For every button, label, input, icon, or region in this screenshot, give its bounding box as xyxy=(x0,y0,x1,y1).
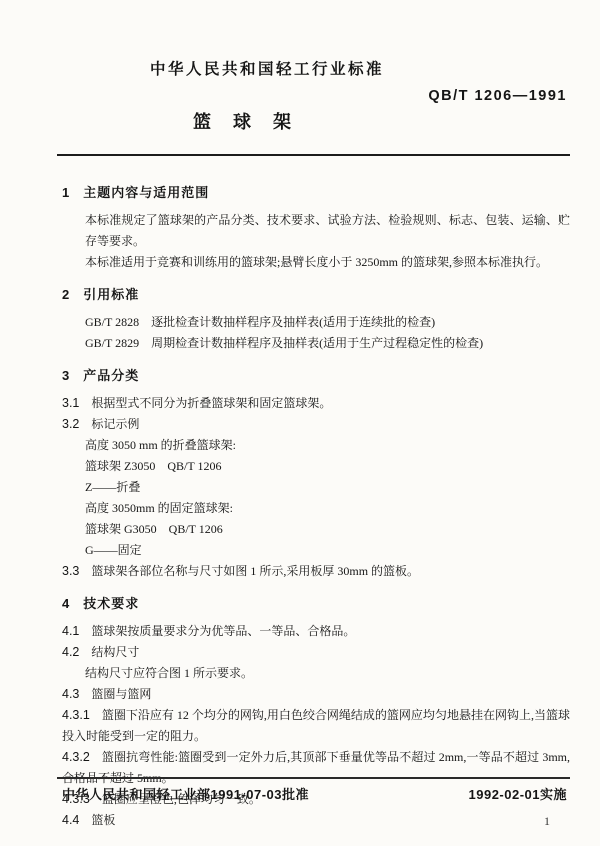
standard-code: QB/T 1206—1991 xyxy=(428,88,567,104)
paragraph-text: 本标准适用于竞赛和训练用的篮球架;悬臂长度小于 3250mm 的篮球架,参照本标… xyxy=(85,255,548,269)
paragraph-text: 本标准规定了篮球架的产品分类、技术要求、试验方法、检验规则、标志、包装、运输、贮… xyxy=(85,213,570,248)
section-heading-4: 4技术要求 xyxy=(62,593,570,614)
section-number: 1 xyxy=(62,185,69,200)
subsection-4-1: 4.1篮球架按质量要求分为优等品、一等品、合格品。 xyxy=(62,621,570,642)
subsection-4-4: 4.4篮板 xyxy=(62,810,570,831)
subsection-number: 3.2 xyxy=(62,417,79,431)
subsection-number: 4.4 xyxy=(62,813,79,827)
subsection-number: 3.3 xyxy=(62,564,79,578)
section-heading-1: 1主题内容与适用范围 xyxy=(62,182,570,203)
subsection-3-2: 3.2标记示例 xyxy=(62,414,570,435)
example-line: G——固定 xyxy=(62,540,570,561)
subsection-number: 4.3.2 xyxy=(62,750,90,764)
paragraph-text: Z——折叠 xyxy=(85,480,140,494)
subsection-text: 篮球架按质量要求分为优等品、一等品、合格品。 xyxy=(91,624,355,638)
subsection-text: 篮板 xyxy=(91,813,115,827)
subsection-3-1: 3.1根据型式不同分为折叠篮球架和固定篮球架。 xyxy=(62,393,570,414)
section-title: 引用标准 xyxy=(83,287,139,302)
subsection-text: 篮球架各部位名称与尺寸如图 1 所示,采用板厚 30mm 的篮板。 xyxy=(91,564,419,578)
subsection-text: 结构尺寸 xyxy=(91,645,139,659)
standard-name: 中华人民共和国轻工行业标准 xyxy=(62,57,472,79)
subsection-number: 4.2 xyxy=(62,645,79,659)
subsection-4-3-2: 4.3.2篮圈抗弯性能:篮圈受到一定外力后,其顶部下垂量优等品不超过 2mm,一… xyxy=(62,747,570,789)
subsection-number: 3.1 xyxy=(62,396,79,410)
document-title: 篮球架 xyxy=(62,108,422,134)
paragraph-text: GB/T 2828 逐批检查计数抽样程序及抽样表(适用于连续批的检查) xyxy=(85,315,435,329)
example-line: 高度 3050mm 的固定篮球架: xyxy=(62,498,570,519)
section-heading-2: 2引用标准 xyxy=(62,284,570,305)
paragraph-text: 篮球架 G3050 QB/T 1206 xyxy=(85,522,223,536)
footer-rule xyxy=(57,777,570,779)
reference-standard: GB/T 2828 逐批检查计数抽样程序及抽样表(适用于连续批的检查) xyxy=(62,312,570,333)
paragraph-text: GB/T 2829 周期检查计数抽样程序及抽样表(适用于生产过程稳定性的检查) xyxy=(85,336,483,350)
subsection-number: 4.1 xyxy=(62,624,79,638)
section-title: 技术要求 xyxy=(83,596,139,611)
subsection-3-3: 3.3篮球架各部位名称与尺寸如图 1 所示,采用板厚 30mm 的篮板。 xyxy=(62,561,570,582)
paragraph-text: 高度 3050mm 的固定篮球架: xyxy=(85,501,233,515)
paragraph-text: 高度 3050 mm 的折叠篮球架: xyxy=(85,438,236,452)
subsection-text: 篮圈下沿应有 12 个均分的网钩,用白色绞合网绳结成的篮网应均匀地悬挂在网钩上,… xyxy=(62,708,570,743)
document-header: 中华人民共和国轻工行业标准 QB/T 1206—1991 篮球架 xyxy=(0,0,600,155)
section-title: 主题内容与适用范围 xyxy=(83,185,209,200)
paragraph-text: 篮球架 Z3050 QB/T 1206 xyxy=(85,459,221,473)
paragraph: 本标准适用于竞赛和训练用的篮球架;悬臂长度小于 3250mm 的篮球架,参照本标… xyxy=(62,252,570,273)
section-number: 4 xyxy=(62,596,69,611)
page-number: 1 xyxy=(544,814,550,829)
implementation-date: 1992-02-01实施 xyxy=(469,784,568,803)
example-line: 篮球架 Z3050 QB/T 1206 xyxy=(62,456,570,477)
document-page: 中华人民共和国轻工行业标准 QB/T 1206—1991 篮球架 1主题内容与适… xyxy=(0,0,600,846)
subsection-number: 4.3 xyxy=(62,687,79,701)
subsection-text: 标记示例 xyxy=(91,417,139,431)
paragraph: 结构尺寸应符合图 1 所示要求。 xyxy=(62,663,570,684)
header-rule xyxy=(57,154,570,156)
subsection-number: 4.3.1 xyxy=(62,708,90,722)
section-number: 3 xyxy=(62,368,69,383)
section-heading-3: 3产品分类 xyxy=(62,365,570,386)
subsection-4-3-1: 4.3.1篮圈下沿应有 12 个均分的网钩,用白色绞合网绳结成的篮网应均匀地悬挂… xyxy=(62,705,570,747)
section-title: 产品分类 xyxy=(83,368,139,383)
paragraph-text: G——固定 xyxy=(85,543,142,557)
paragraph: 本标准规定了篮球架的产品分类、技术要求、试验方法、检验规则、标志、包装、运输、贮… xyxy=(62,210,570,252)
document-footer: 中华人民共和国轻工业部1991-07-03批准 1992-02-01实施 xyxy=(62,784,567,803)
subsection-4-2: 4.2结构尺寸 xyxy=(62,642,570,663)
reference-standard: GB/T 2829 周期检查计数抽样程序及抽样表(适用于生产过程稳定性的检查) xyxy=(62,333,570,354)
example-line: 篮球架 G3050 QB/T 1206 xyxy=(62,519,570,540)
subsection-text: 篮圈与篮网 xyxy=(91,687,151,701)
example-line: 高度 3050 mm 的折叠篮球架: xyxy=(62,435,570,456)
subsection-text: 篮圈抗弯性能:篮圈受到一定外力后,其顶部下垂量优等品不超过 2mm,一等品不超过… xyxy=(62,750,570,785)
subsection-text: 根据型式不同分为折叠篮球架和固定篮球架。 xyxy=(91,396,331,410)
document-body: 1主题内容与适用范围 本标准规定了篮球架的产品分类、技术要求、试验方法、检验规则… xyxy=(0,155,600,831)
approval-note: 中华人民共和国轻工业部1991-07-03批准 xyxy=(62,784,309,803)
paragraph-text: 结构尺寸应符合图 1 所示要求。 xyxy=(85,666,253,680)
example-line: Z——折叠 xyxy=(62,477,570,498)
section-number: 2 xyxy=(62,287,69,302)
subsection-4-3: 4.3篮圈与篮网 xyxy=(62,684,570,705)
